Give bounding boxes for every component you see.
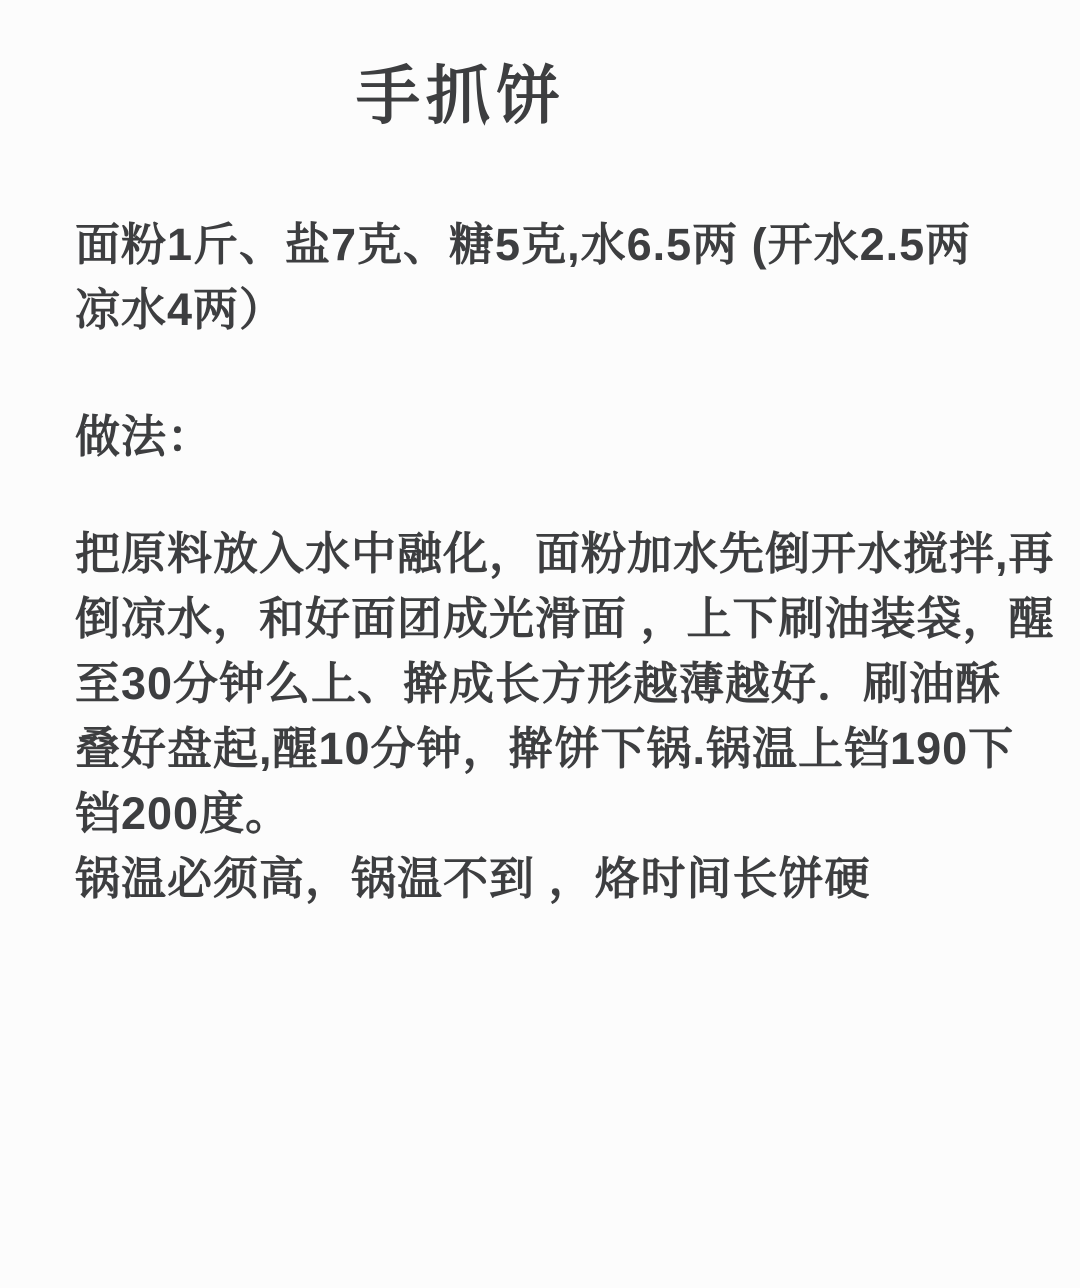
method-line-2: 倒凉水，和好面团成光滑面 ，上下刷油装袋，醒 (75, 586, 1025, 651)
method-section-label: 做法： (75, 404, 1025, 469)
ingredients-line-2: 凉水4两） (75, 277, 1025, 342)
ingredients-paragraph: 面粉1斤、盐7克、糖5克,水6.5两 (开水2.5两 凉水4两） (75, 212, 1025, 342)
recipe-page: 手抓饼 面粉1斤、盐7克、糖5克,水6.5两 (开水2.5两 凉水4两） 做法：… (0, 0, 1080, 1288)
method-line-6: 锅温必须高，锅温不到 ，烙时间长饼硬 (75, 846, 1025, 911)
method-line-5: 铛200度。 (75, 781, 1025, 846)
ingredients-line-1: 面粉1斤、盐7克、糖5克,水6.5两 (开水2.5两 (75, 212, 1025, 277)
recipe-title: 手抓饼 (356, 50, 1025, 142)
method-line-4: 叠好盘起,醒10分钟，擀饼下锅.锅温上铛190下 (75, 716, 1025, 781)
method-line-1: 把原料放入水中融化，面粉加水先倒开水搅拌,再 (75, 521, 1025, 586)
method-paragraph: 把原料放入水中融化，面粉加水先倒开水搅拌,再 倒凉水，和好面团成光滑面 ，上下刷… (75, 521, 1025, 911)
method-line-3: 至30分钟么上、擀成长方形越薄越好．刷油酥 (75, 651, 1025, 716)
